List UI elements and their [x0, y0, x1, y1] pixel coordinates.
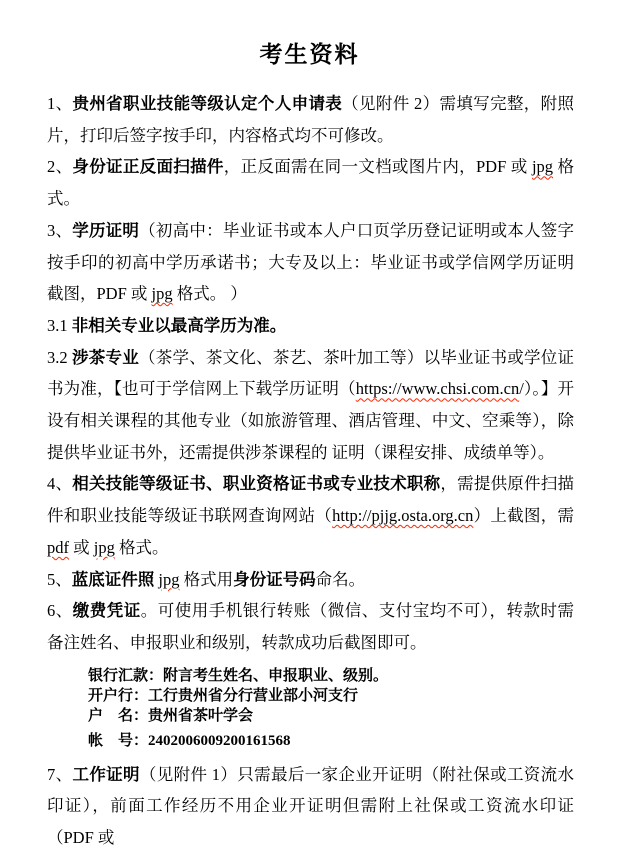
- bank-remit-line: 银行汇款：附言考生姓名、申报职业、级别。: [88, 666, 574, 686]
- item-6: 6、缴费凭证。可使用手机银行转账（微信、支付宝均不可），转款时需备注姓名、申报职…: [47, 595, 574, 658]
- item-1: 1、贵州省职业技能等级认定个人申请表（见附件 2）需填写完整，附照片，打印后签字…: [47, 88, 574, 151]
- bank-account-name-line: 户 名：贵州省茶叶学会: [88, 706, 574, 726]
- text-segment: 帐 号：: [88, 733, 148, 749]
- text-segment: jpg: [152, 284, 173, 303]
- text-segment: 户 名：贵州省茶叶学会: [88, 708, 253, 724]
- text-segment: 非相关专业以最高学历为准。: [72, 316, 287, 335]
- text-segment: ，正反面需在同一文档或图片内，PDF 或: [224, 157, 532, 176]
- text-segment: 涉茶专业: [72, 348, 139, 367]
- text-segment: 3、: [47, 221, 72, 240]
- item-2: 2、身份证正反面扫描件，正反面需在同一文档或图片内，PDF 或 jpg 格式。: [47, 151, 574, 214]
- text-segment: jpg: [532, 157, 553, 176]
- text-segment: pdf: [47, 538, 69, 557]
- item-7: 7、工作证明（见附件 1）只需最后一家企业开证明（附社保或工资流水印证），前面工…: [47, 759, 574, 849]
- text-segment: 6、: [47, 601, 73, 620]
- document-title: 考生资料: [0, 36, 619, 69]
- document-body: 1、贵州省职业技能等级认定个人申请表（见附件 2）需填写完整，附照片，打印后签字…: [0, 88, 619, 849]
- text-segment: 或: [69, 538, 94, 557]
- text-segment: 2402006009200161568: [148, 733, 291, 749]
- item-3: 3、学历证明（初高中：毕业证书或本人户口页学历登记证明或本人签字按手印的初高中学…: [47, 215, 574, 310]
- text-segment: jpg: [94, 538, 115, 557]
- text-segment: 3.1: [47, 316, 72, 335]
- item-3-2: 3.2 涉茶专业（茶学、茶文化、茶艺、茶叶加工等）以毕业证书或学位证书为准，【也…: [47, 342, 574, 469]
- text-segment: 3.2: [47, 348, 72, 367]
- text-segment: 1、: [47, 94, 72, 113]
- text-segment: 缴费凭证: [73, 601, 141, 620]
- text-segment: 身份证号码: [233, 570, 316, 589]
- text-segment: 开户行：工行贵州省分行营业部小河支行: [88, 688, 358, 704]
- item-5: 5、蓝底证件照 jpg 格式用身份证号码命名。: [47, 564, 574, 596]
- text-segment: 2、: [47, 157, 72, 176]
- text-segment: ）上截图，需: [473, 506, 574, 525]
- text-segment: 7、: [47, 765, 72, 784]
- text-segment: 5、: [47, 570, 72, 589]
- text-segment: 工作证明: [72, 765, 139, 784]
- text-segment: 格式。 ）: [173, 284, 247, 303]
- text-segment: 格式用: [179, 570, 233, 589]
- text-segment: 银行汇款：附言考生姓名、申报职业、级别。: [88, 668, 388, 684]
- item-4: 4、相关技能等级证书、职业资格证书或专业技术职称，需提供原件扫描件和职业技能等级…: [47, 468, 574, 563]
- text-segment: 相关技能等级证书、职业资格证书或专业技术职称: [72, 474, 440, 493]
- text-segment: 命名。: [316, 570, 366, 589]
- text-segment: 格式。: [115, 538, 169, 557]
- url-text: http://pjjg.osta.org.cn: [332, 506, 473, 525]
- bank-account-number-line: 帐 号：2402006009200161568: [88, 731, 574, 751]
- text-segment: jpg: [158, 570, 179, 589]
- text-segment: 学历证明: [72, 221, 139, 240]
- bank-branch-line: 开户行：工行贵州省分行营业部小河支行: [88, 686, 574, 706]
- text-segment: 4、: [47, 474, 72, 493]
- text-segment: 贵州省职业技能等级认定个人申请表: [72, 94, 342, 113]
- url-text: https://www.chsi.com.cn: [356, 379, 519, 398]
- item-3-1: 3.1 非相关专业以最高学历为准。: [47, 310, 574, 342]
- text-segment: 身份证正反面扫描件: [72, 157, 223, 176]
- text-segment: 蓝底证件照: [72, 570, 155, 589]
- document-page: 考生资料 1、贵州省职业技能等级认定个人申请表（见附件 2）需填写完整，附照片，…: [0, 0, 619, 849]
